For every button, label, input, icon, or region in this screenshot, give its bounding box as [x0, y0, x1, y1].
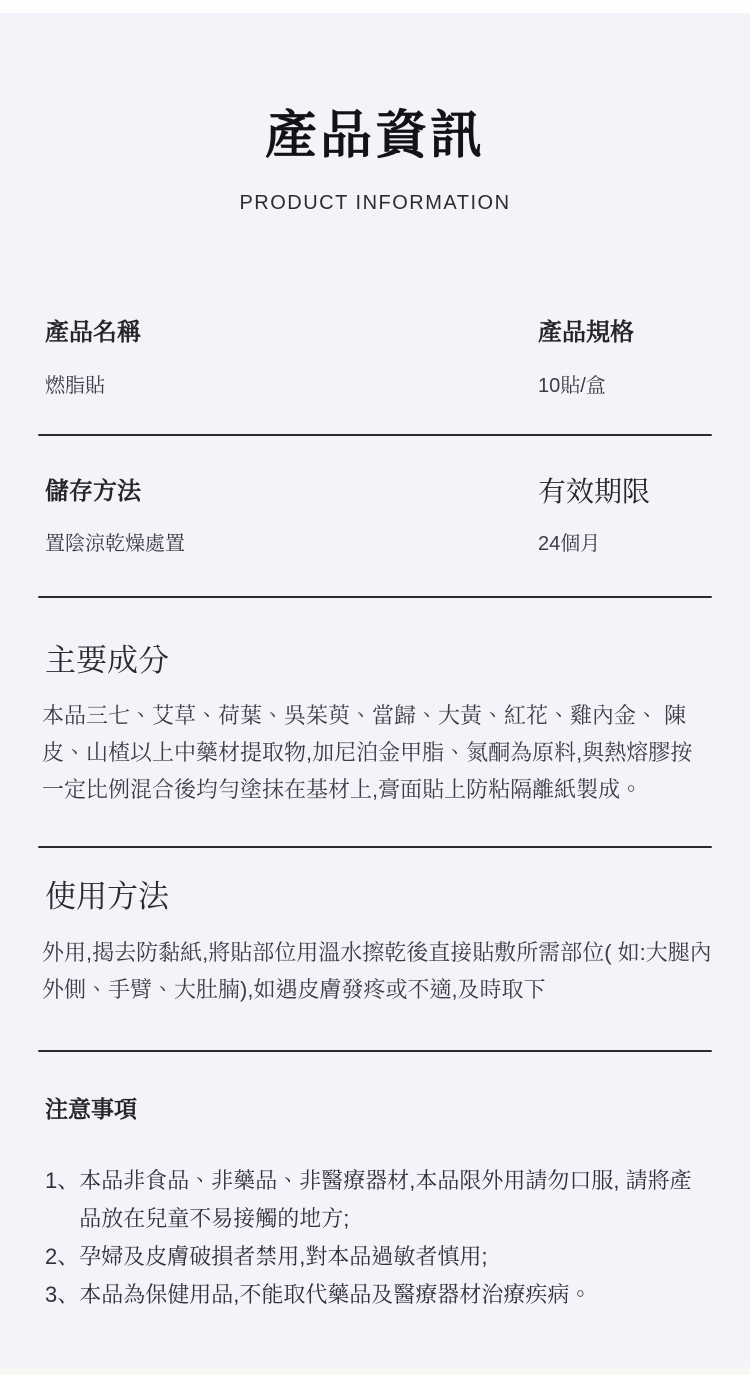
note-item-number: 2、: [45, 1238, 79, 1276]
product-info-sheet: 產品資訊 PRODUCT INFORMATION 產品名稱 燃脂貼 產品規格 1…: [0, 0, 750, 1375]
divider: [38, 596, 712, 598]
spec-label: 產品規格: [538, 319, 634, 348]
page-subtitle: PRODUCT INFORMATION: [0, 192, 750, 215]
note-item-text: 本品為保健用品,不能取代藥品及醫療器材治療疾病。: [79, 1276, 713, 1314]
usage-body: 外用,揭去防黏紙,將貼部位用溫水擦乾後直接貼敷所需部位( 如:大腿內外側、手臂、…: [42, 934, 714, 1008]
notes-list: 1、 本品非食品、非藥品、非醫療器材,本品限外用請勿口服, 請將產品放在兒童不易…: [45, 1162, 713, 1314]
divider: [38, 434, 712, 436]
note-item-number: 1、: [45, 1162, 79, 1238]
divider: [38, 846, 712, 848]
note-item: 1、 本品非食品、非藥品、非醫療器材,本品限外用請勿口服, 請將產品放在兒童不易…: [45, 1162, 713, 1238]
page-margin-bottom: [0, 1367, 750, 1375]
storage-label: 儲存方法: [45, 478, 141, 507]
usage-heading: 使用方法: [45, 878, 169, 915]
product-name-value: 燃脂貼: [45, 373, 105, 399]
expiry-label: 有效期限: [538, 475, 650, 509]
storage-value: 置陰涼乾燥處置: [45, 531, 185, 557]
expiry-value: 24個月: [538, 531, 600, 557]
ingredients-body: 本品三七、艾草、荷葉、吳茱萸、當歸、大黃、紅花、雞內金、 陳皮、山楂以上中藥材提…: [42, 697, 714, 808]
note-item-number: 3、: [45, 1276, 79, 1314]
note-item-text: 孕婦及皮膚破損者禁用,對本品過敏者慎用;: [79, 1238, 713, 1276]
page-title: 產品資訊: [0, 107, 750, 167]
product-info-page: 產品資訊 PRODUCT INFORMATION 產品名稱 燃脂貼 產品規格 1…: [0, 13, 750, 1367]
note-item: 3、 本品為保健用品,不能取代藥品及醫療器材治療疾病。: [45, 1276, 713, 1314]
product-name-label: 產品名稱: [45, 319, 141, 348]
divider: [38, 1050, 712, 1052]
ingredients-heading: 主要成分: [45, 642, 169, 679]
note-item-text: 本品非食品、非藥品、非醫療器材,本品限外用請勿口服, 請將產品放在兒童不易接觸的…: [79, 1162, 713, 1238]
notes-heading: 注意事項: [45, 1096, 137, 1124]
note-item: 2、 孕婦及皮膚破損者禁用,對本品過敏者慎用;: [45, 1238, 713, 1276]
spec-value: 10貼/盒: [538, 373, 606, 399]
page-margin-top: [0, 0, 750, 13]
